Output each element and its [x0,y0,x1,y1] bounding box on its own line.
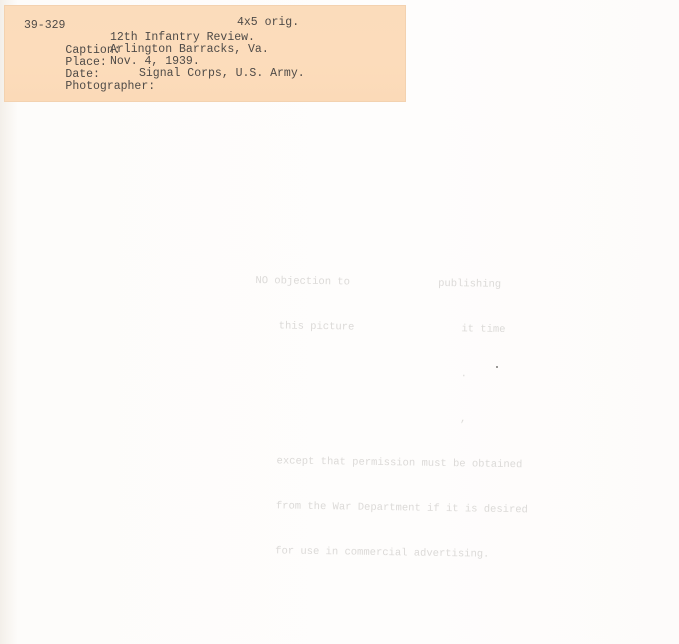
stamp-line: for use in commercial advertising. [251,544,527,563]
stamp-line: NO objection to publishing [255,274,531,293]
bleed-through-stamp: NO objection to publishing this picture … [251,244,532,593]
photographer-key: Photographer: [65,81,155,94]
catalog-label: 39-329 4x5 orig. Caption: 12th Infantry … [5,6,405,101]
catalog-id: 39-329 [24,20,65,33]
stamp-line: except that permission must be obtained [252,454,528,473]
stamp-line: , [253,409,529,428]
stamp-line: . [254,364,530,383]
format-note: 4x5 orig. [237,17,299,30]
paper-speck [496,366,498,368]
photographer-value: Signal Corps, U.S. Army. [139,68,305,81]
stamp-line: from the War Department if it is desired [252,499,528,518]
photographer-field: Photographer: Signal Corps, U.S. Army. [24,68,155,118]
stamp-line: this picture it time [255,319,531,338]
photo-verso-page: 39-329 4x5 orig. Caption: 12th Infantry … [0,0,679,644]
